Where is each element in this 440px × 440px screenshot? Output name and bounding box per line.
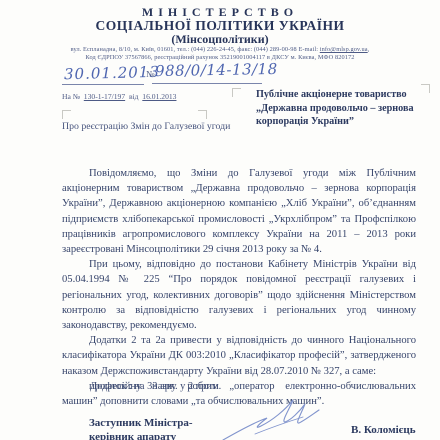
scan-corner-mark — [62, 110, 71, 119]
signer-title-line: керівник апарату — [89, 430, 193, 440]
attachment-note: Додаток : на 33 арк. у 2 прим. — [90, 381, 221, 392]
recipient-block: Публічне акціонерне товариство „Державна… — [256, 88, 428, 129]
body-paragraph: Повідомляємо, що Зміни до Галузевої угод… — [62, 166, 416, 257]
scan-corner-mark — [198, 110, 207, 119]
handwritten-outgoing-number: 988/0/14-13/18 — [155, 60, 278, 80]
date-underline — [62, 84, 144, 85]
ministry-short-name: (Мінсоцполітики) — [0, 32, 440, 47]
subject-line: Про реєстрацію Змін до Галузевої угоди — [62, 121, 230, 132]
letter-body: Повідомляємо, що Зміни до Галузевої угод… — [62, 166, 416, 409]
reply-reference-line: На № 130-1-17/197 від 16.01.2013 — [62, 92, 176, 101]
handwritten-signature — [215, 392, 325, 440]
address-text: вул. Еспланадна, 8/10, м. Київ, 01601, т… — [71, 46, 320, 53]
email-link: info@mlsp.gov.ua — [320, 46, 368, 53]
signer-name: В. Коломієць — [351, 424, 416, 436]
reply-number: 130-1-17/197 — [84, 92, 125, 101]
reply-vid-label: від — [129, 92, 139, 101]
scanned-letter: МІНІСТЕРСТВО СОЦІАЛЬНОЇ ПОЛІТИКИ УКРАЇНИ… — [0, 0, 440, 440]
recipient-line: корпорація України” — [256, 115, 428, 129]
number-underline — [152, 83, 262, 84]
letterhead-contact-line: вул. Еспланадна, 8/10, м. Київ, 01601, т… — [0, 46, 440, 53]
recipient-line: Публічне акціонерне товариство — [256, 88, 428, 102]
reply-prefix: На № — [62, 92, 80, 101]
reply-date: 16.01.2013 — [142, 92, 176, 101]
address-text-tail: , — [368, 46, 370, 53]
signer-title: Заступник Міністра- керівник апарату — [89, 416, 193, 440]
recipient-line: „Державна продовольчо – зернова — [256, 102, 428, 116]
scan-corner-mark — [232, 88, 241, 97]
signer-title-line: Заступник Міністра- — [89, 416, 193, 430]
body-paragraph: Додатки 2 та 2а привести у відповідність… — [62, 333, 416, 379]
number-sign: № — [146, 69, 155, 79]
body-paragraph: При цьому, відповідно до постанови Кабін… — [62, 257, 416, 333]
